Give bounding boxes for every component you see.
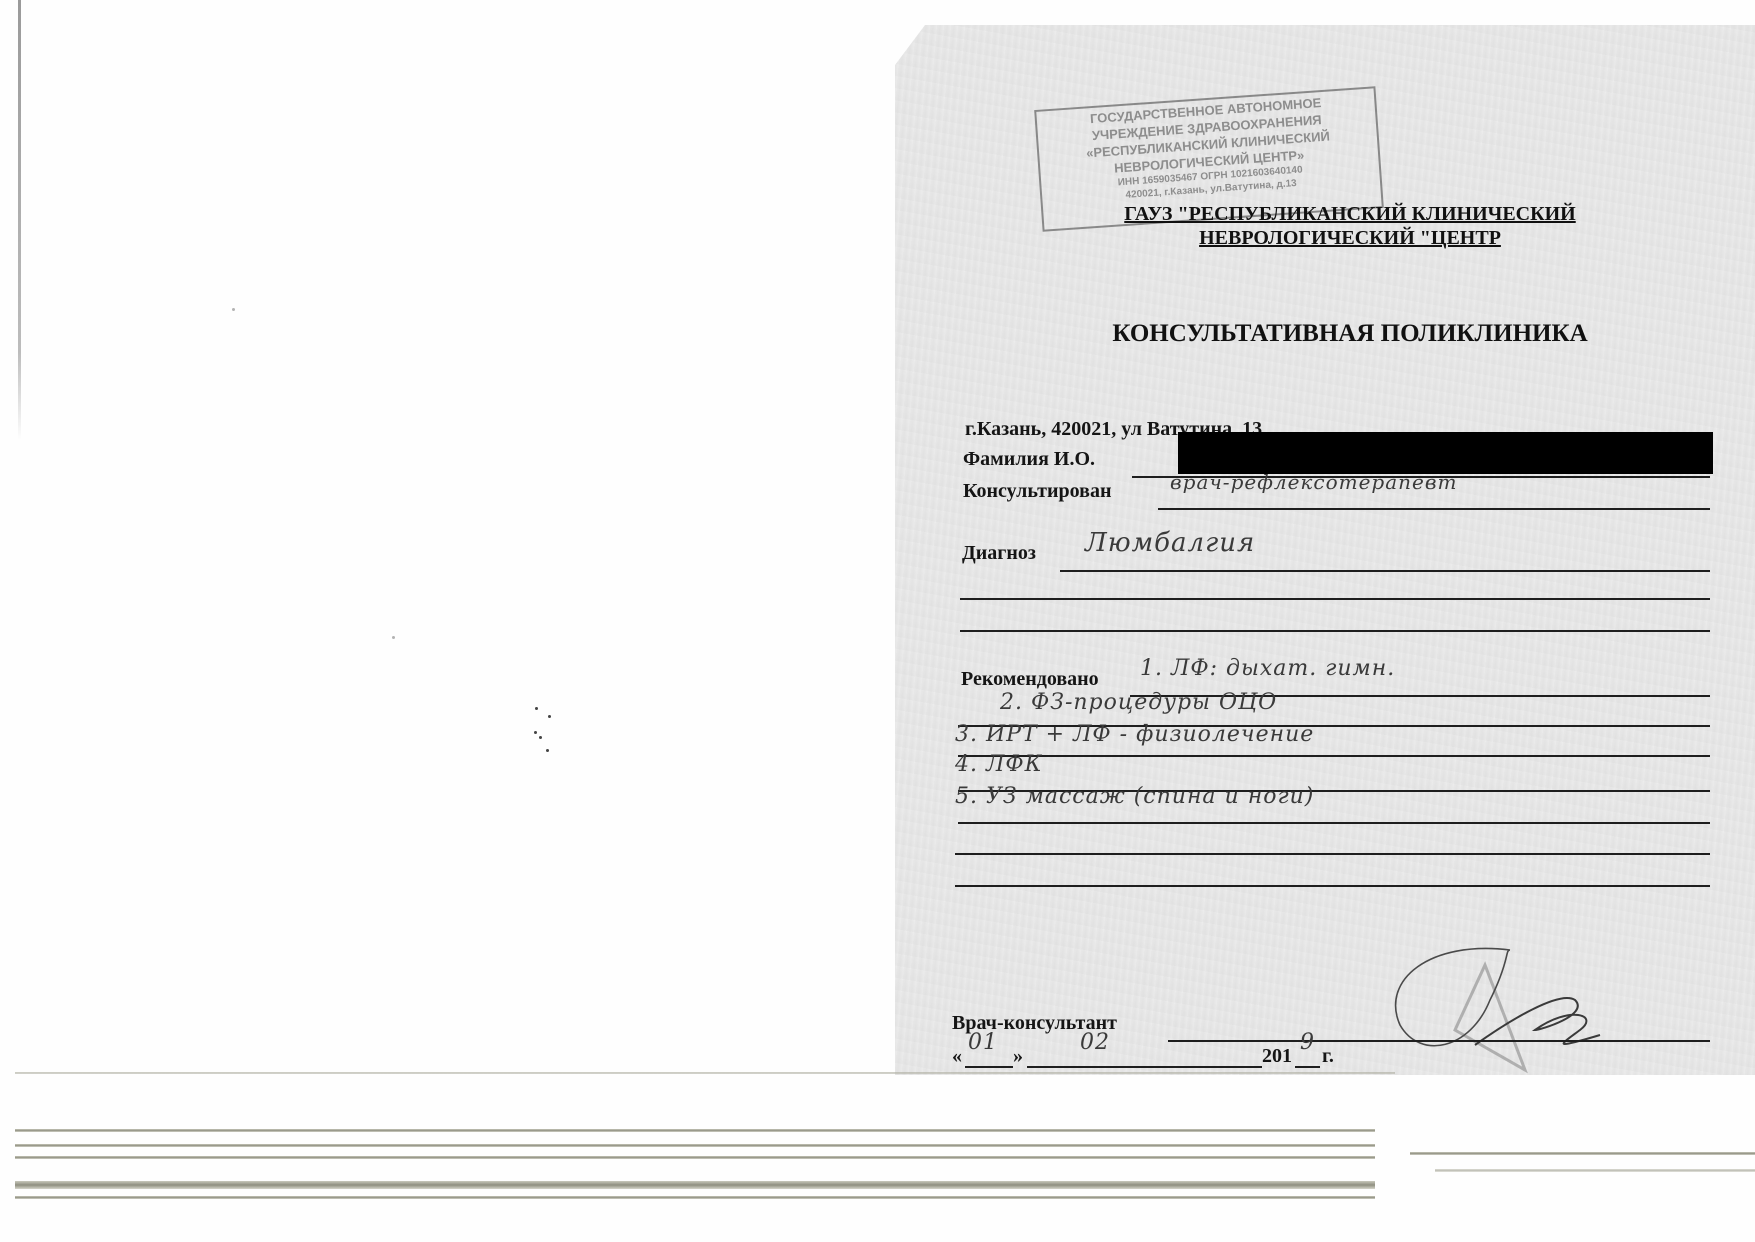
recommended-line bbox=[958, 755, 1710, 757]
diagnosis-line bbox=[960, 598, 1710, 600]
doctor-signature bbox=[1360, 920, 1660, 1080]
date-open-quote: « bbox=[952, 1045, 962, 1068]
diagnosis-label: Диагноз bbox=[962, 542, 1036, 565]
date-month-line bbox=[1027, 1066, 1262, 1068]
name-label: Фамилия И.О. bbox=[963, 448, 1095, 471]
blank-line bbox=[955, 853, 1710, 855]
date-year-line bbox=[1295, 1066, 1320, 1068]
scan-artifact-line bbox=[15, 1181, 1375, 1189]
diagnosis-handwriting: Люмбалгия bbox=[1085, 528, 1255, 558]
scan-artifact-line bbox=[15, 1144, 1375, 1147]
recommendation-item: 2. ФЗ-процедуры ОЦО bbox=[1000, 690, 1277, 715]
consulted-label: Консультирован bbox=[963, 480, 1111, 503]
scan-artifact-line bbox=[1435, 1169, 1755, 1172]
blank-line bbox=[955, 885, 1710, 887]
redacted-name bbox=[1178, 432, 1713, 474]
recommendation-item: 4. ЛФК bbox=[955, 752, 1043, 777]
scan-speck bbox=[535, 707, 538, 710]
organization-header: ГАУЗ "РЕСПУБЛИКАНСКИЙ КЛИНИЧЕСКИЙ НЕВРОЛ… bbox=[1100, 202, 1600, 250]
scan-artifact-line bbox=[15, 1156, 1375, 1159]
consulted-handwriting: врач-рефлексотерапевт bbox=[1170, 470, 1457, 494]
consulted-line bbox=[1158, 508, 1710, 510]
scan-speck bbox=[392, 636, 395, 639]
date-day-line bbox=[965, 1066, 1013, 1068]
date-month-handwriting: 02 bbox=[1080, 1030, 1110, 1055]
scan-speck bbox=[546, 749, 549, 752]
date-day-handwriting: 01 bbox=[968, 1030, 998, 1055]
date-close-quote: » bbox=[1013, 1045, 1023, 1068]
doctor-signature-line bbox=[1168, 1040, 1710, 1042]
document-title: КОНСУЛЬТАТИВНАЯ ПОЛИКЛИНИКА bbox=[1000, 320, 1700, 348]
recommendation-item: 3. ИРТ + ЛФ - физиолечение bbox=[955, 722, 1314, 747]
scan-edge-line bbox=[18, 0, 21, 440]
recommended-label: Рекомендовано bbox=[961, 668, 1099, 691]
organization-line: НЕВРОЛОГИЧЕСКИЙ "ЦЕНТР bbox=[1100, 226, 1600, 250]
diagnosis-line bbox=[1060, 570, 1710, 572]
scan-artifact-line bbox=[15, 1072, 1395, 1074]
recommendation-item: 1. ЛФ: дыхат. гимн. bbox=[1140, 656, 1395, 681]
scan-artifact-line bbox=[1410, 1152, 1755, 1155]
scan-artifact-line bbox=[15, 1196, 1375, 1199]
diagnosis-line bbox=[960, 630, 1710, 632]
scan-speck bbox=[534, 731, 537, 734]
scan-speck bbox=[232, 308, 235, 311]
scan-artifact-line bbox=[15, 1129, 1375, 1132]
recommendation-item: 5. УЗ массаж (спина и ноги) bbox=[955, 784, 1314, 809]
scanned-page: ГОСУДАРСТВЕННОЕ АВТОНОМНОЕ УЧРЕЖДЕНИЕ ЗД… bbox=[0, 0, 1755, 1242]
recommended-line bbox=[958, 822, 1710, 824]
scan-speck bbox=[539, 736, 542, 739]
date-year-prefix: 201 bbox=[1262, 1045, 1292, 1068]
date-year-handwriting: 9 bbox=[1300, 1030, 1315, 1055]
scan-speck bbox=[548, 715, 551, 718]
date-year-unit: г. bbox=[1322, 1045, 1334, 1068]
scan-artifact-lines bbox=[15, 1072, 1755, 1242]
organization-line: ГАУЗ "РЕСПУБЛИКАНСКИЙ КЛИНИЧЕСКИЙ bbox=[1100, 202, 1600, 226]
